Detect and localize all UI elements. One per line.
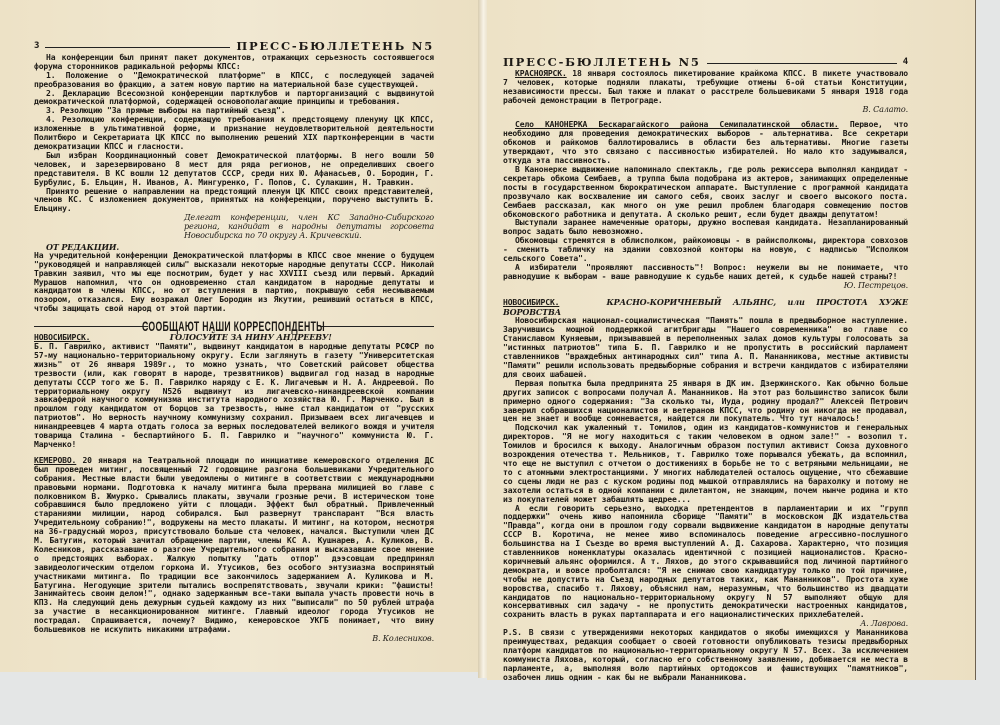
- header-rule: [707, 63, 897, 64]
- paragraph: А если говорить серьезно, выходка претен…: [503, 505, 908, 621]
- paragraph: Обкомовцы стремятся в облисполком, райко…: [503, 237, 908, 264]
- dateline-place: НОВОСИБИРСК.: [503, 298, 559, 307]
- novosibirsk-report: НОВОСИБИРСК. ГОЛОСУЙТЕ ЗА НИНУ АНДРЕЕВУ!…: [34, 333, 434, 450]
- article-headline: КРАСНО-КОРИЧНЕВЫЙ АЛЬЯНС, или ПРОСТОТА Х…: [503, 297, 908, 317]
- article-text: 20 января на Театральной площади по иниц…: [34, 456, 434, 634]
- header-rule: [45, 47, 230, 48]
- paragraph: Выступали заранее намеченные ораторы, др…: [503, 219, 908, 237]
- running-header-left: 3 ПРЕСС-БЮЛЛЕТЕНЬ N5: [34, 42, 434, 51]
- kemerovo-report: КЕМЕРОВО. 20 января на Театральной площа…: [34, 457, 434, 644]
- paragraph: Новосибирская национал-социалистическая …: [503, 317, 908, 379]
- paragraph: Первая попытка была предпринята 25 январ…: [503, 380, 908, 425]
- page-number: 3: [34, 42, 39, 51]
- right-page-column: ПРЕСС-БЮЛЛЕТЕНЬ N5 4 КРАСНОЯРСК. 18 янва…: [503, 58, 908, 683]
- paragraph: 2. Декларацию Всесоюзной конференции пар…: [34, 90, 434, 108]
- section-title: СООБЩАЮТ НАШИ КОРРЕСПОНДЕНТЫ: [143, 322, 326, 331]
- running-header-right: ПРЕСС-БЮЛЛЕТЕНЬ N5 4: [503, 58, 908, 67]
- right-page: ПРЕСС-БЮЛЛЕТЕНЬ N5 4 КРАСНОЯРСК. 18 янва…: [487, 0, 976, 680]
- paragraph: На конференции был принят пакет документ…: [34, 54, 434, 72]
- paragraph: Подскочил как ужаленный т. Томилов, один…: [503, 424, 908, 504]
- running-title: ПРЕСС-БЮЛЛЕТЕНЬ N5: [503, 58, 701, 67]
- article-text: Б. П. Гаврилко, активист "Памяти", выдви…: [34, 343, 434, 450]
- left-page-column: 3 ПРЕСС-БЮЛЛЕТЕНЬ N5 На конференции был …: [34, 42, 434, 644]
- kanonerka-report: Село КАНОНЕРКА Бескарагайского района Се…: [503, 121, 908, 290]
- left-page: 3 ПРЕСС-БЮЛЛЕТЕНЬ N5 На конференции был …: [0, 0, 480, 672]
- editorial-text: На учредительной конференции Демократиче…: [34, 252, 434, 314]
- dateline-place: КРАСНОЯРСК.: [515, 69, 567, 78]
- paragraph: Был избран Координационный совет Демокра…: [34, 152, 434, 188]
- dateline-place: НОВОСИБИРСК.: [34, 333, 90, 342]
- dateline-place: КЕМЕРОВО.: [34, 456, 76, 465]
- novosibirsk-alliance-report: НОВОСИБИРСК. КРАСНО-КОРИЧНЕВЫЙ АЛЬЯНС, и…: [503, 298, 908, 683]
- section-header: СООБЩАЮТ НАШИ КОРРЕСПОНДЕНТЫ: [34, 322, 434, 331]
- paragraph: 1. Положение о "Демократической платформ…: [34, 72, 434, 90]
- article-signature: В. Колесников.: [34, 635, 434, 644]
- section-rule: [34, 326, 148, 327]
- krasnoyarsk-report: КРАСНОЯРСК. 18 января состоялось пикетир…: [503, 70, 908, 115]
- bulletin-spread: 3 ПРЕСС-БЮЛЛЕТЕНЬ N5 На конференции был …: [0, 0, 975, 672]
- page-number: 4: [903, 58, 908, 67]
- paragraph: Принято решение о направлении на предсто…: [34, 188, 434, 215]
- section-rule: [320, 326, 434, 327]
- article-signature: В. Салато.: [503, 106, 908, 115]
- postscript: P.S. В связи с утверждениями некоторых к…: [503, 629, 908, 682]
- running-title: ПРЕСС-БЮЛЛЕТЕНЬ N5: [236, 42, 434, 51]
- paragraph: 4. Резолюцию конференции, содержащую тре…: [34, 116, 434, 152]
- delegate-signature: Делегат конференции, член КС Западно-Сиб…: [184, 214, 434, 241]
- article-signature: Ю. Пестрецов.: [503, 282, 908, 291]
- paragraph: В Канонерке выдвижение напоминало спекта…: [503, 166, 908, 219]
- paragraph: А избиратели "проявляют пассивность"! Во…: [503, 264, 908, 282]
